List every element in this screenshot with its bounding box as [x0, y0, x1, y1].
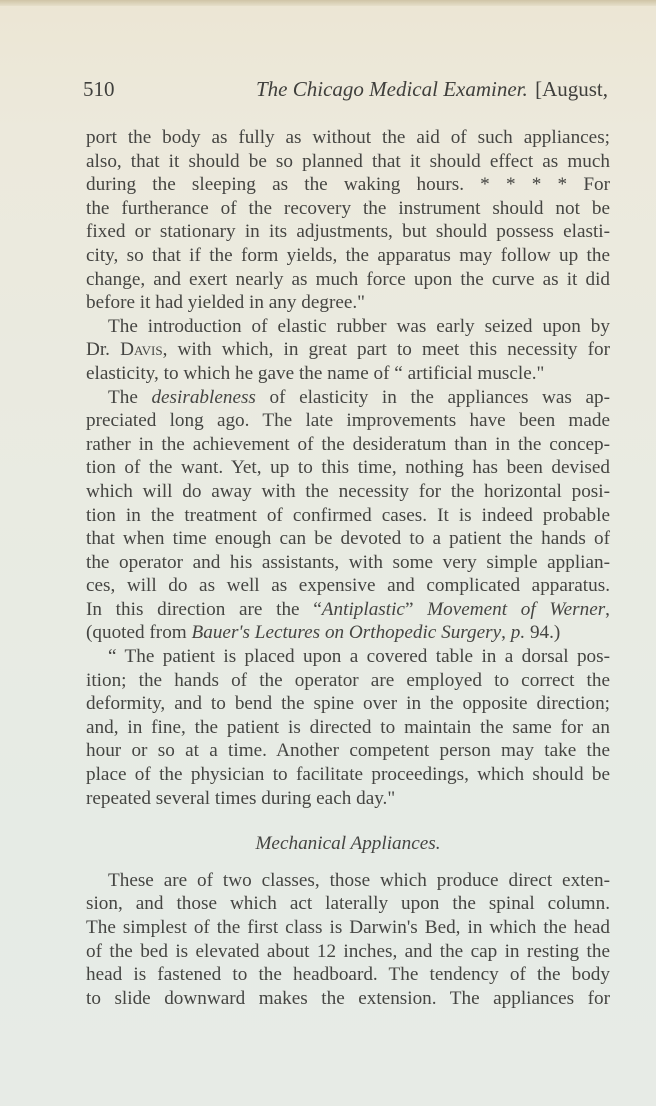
text-line: sion, and those which act laterally upon…	[86, 892, 610, 916]
text-line: that when time enough can be devoted to …	[86, 527, 610, 551]
text-line: hour or so at a time. Another competent …	[86, 739, 610, 763]
text-line: fixed or stationary in its adjustments, …	[86, 220, 610, 244]
text-line: The introduction of elastic rubber was e…	[86, 315, 610, 339]
text-fragment: , with which, in great part to meet this…	[163, 339, 610, 360]
emphasis: desirableness	[151, 387, 255, 408]
text-line: ces, will do as well as expensive and co…	[86, 574, 610, 598]
text-line: of the bed is elevated about 12 inches, …	[86, 940, 610, 964]
running-header: 510 The Chicago Medical Examiner. [Augus…	[83, 77, 608, 107]
text-line: during the sleeping as the waking hours.…	[86, 173, 610, 197]
text-line: elasticity, to which he gave the name of…	[86, 362, 610, 386]
section-heading: Mechanical Appliances.	[86, 832, 610, 856]
text-line: the furtherance of the recovery the inst…	[86, 197, 610, 221]
issue-month: [August,	[535, 77, 608, 102]
text-line: tion of the want. Yet, up to this time, …	[86, 456, 610, 480]
body-text: port the body as fully as without the ai…	[86, 126, 610, 1010]
text-fragment: In this direction are the “	[86, 599, 322, 620]
text-fragment: ,	[501, 622, 511, 643]
text-fragment: ”	[405, 599, 427, 620]
text-fragment: ,	[605, 599, 610, 620]
dr-prefix: Dr.	[86, 339, 120, 360]
page-number: 510	[83, 77, 115, 102]
text-line: which will do away with the necessity fo…	[86, 480, 610, 504]
text-fragment: of elasticity in the appliances was ap-	[256, 387, 610, 408]
text-line: repeated several times during each day."	[86, 787, 610, 811]
text-line: These are of two classes, those which pr…	[86, 869, 610, 893]
citation-title: Bauer's Lectures on Orthopedic Surgery	[192, 622, 502, 643]
emphasis: p.	[511, 622, 525, 643]
paragraph: These are of two classes, those which pr…	[86, 869, 610, 1011]
page-edge	[0, 0, 656, 6]
text-line: the operator and his assistants, with so…	[86, 551, 610, 575]
text-line: to slide downward makes the extension. T…	[86, 987, 610, 1011]
text-line: before it had yielded in any degree."	[86, 291, 610, 315]
text-line: deformity, and to bend the spine over in…	[86, 692, 610, 716]
emphasis: Movement of Werner	[427, 599, 605, 620]
text-line: ition; the hands of the operator are emp…	[86, 669, 610, 693]
text-line: The simplest of the first class is Darwi…	[86, 916, 610, 940]
text-fragment: The	[108, 387, 151, 408]
text-line: tion in the treatment of confirmed cases…	[86, 504, 610, 528]
text-line: “ The patient is placed upon a covered t…	[86, 645, 610, 669]
text-line: port the body as fully as without the ai…	[86, 126, 610, 150]
paragraph: The desirableness of elasticity in the a…	[86, 386, 610, 646]
text-line: city, so that if the form yields, the ap…	[86, 244, 610, 268]
text-fragment: (quoted from	[86, 622, 192, 643]
paragraph: The introduction of elastic rubber was e…	[86, 315, 610, 386]
text-line: rather in the achievement of the desider…	[86, 433, 610, 457]
paragraph: “ The patient is placed upon a covered t…	[86, 645, 610, 810]
text-line: The desirableness of elasticity in the a…	[86, 386, 610, 410]
text-line: In this direction are the “Antiplastic” …	[86, 598, 610, 622]
text-fragment: 94.)	[525, 622, 560, 643]
text-line: Dr. Davis, with which, in great part to …	[86, 338, 610, 362]
text-line: and, in fine, the patient is directed to…	[86, 716, 610, 740]
paragraph: port the body as fully as without the ai…	[86, 126, 610, 315]
emphasis: Antiplastic	[322, 599, 405, 620]
text-line: (quoted from Bauer's Lectures on Orthope…	[86, 621, 610, 645]
text-line: preciated long ago. The late improvement…	[86, 409, 610, 433]
text-line: change, and exert nearly as much force u…	[86, 268, 610, 292]
text-line: head is fastened to the headboard. The t…	[86, 963, 610, 987]
journal-title: The Chicago Medical Examiner.	[256, 77, 528, 102]
text-line: also, that it should be so planned that …	[86, 150, 610, 174]
author-name: Davis	[120, 339, 163, 360]
text-line: place of the physician to facilitate pro…	[86, 763, 610, 787]
